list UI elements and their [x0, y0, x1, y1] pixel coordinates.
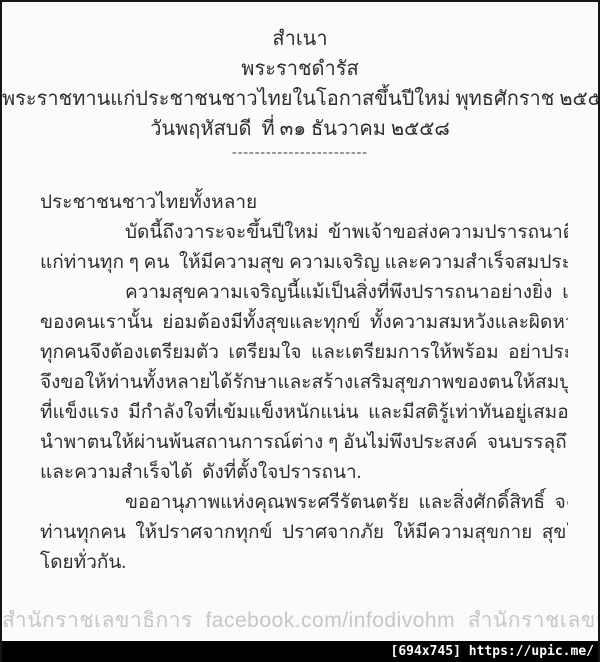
image-host-caption: [694x745] https://upic.me/	[0, 641, 600, 662]
document-line: ขออานุภาพแห่งคุณพระศรีรัตนตรัย และสิ่งศั…	[40, 488, 568, 518]
document-line: นำพาตนให้ผ่านพ้นสถานการณ์ต่าง ๆ อันไม่พึ…	[40, 428, 568, 458]
document-line: โดยทั่วกัน.	[40, 548, 568, 578]
document-date: วันพฤหัสบดี ที่ ๓๑ ธันวาคม ๒๕๕๘	[2, 114, 598, 144]
document-line: บัดนี้ถึงวาระจะขึ้นปีใหม่ ข้าพเจ้าขอส่งค…	[40, 218, 568, 248]
document-line: ความสุขความเจริญนี้แม้เป็นสิ่งที่พึงปราร…	[40, 278, 568, 308]
document-subtitle: พระราชทานแก่ประชาชนชาวไทยในโอกาสขึ้นปีให…	[2, 84, 598, 114]
dashed-divider: ------------------------	[2, 144, 598, 164]
document-body: ประชาชนชาวไทยทั้งหลาย บัดนี้ถึงวาระจะขึ้…	[2, 188, 598, 578]
salutation-line: ประชาชนชาวไทยทั้งหลาย	[40, 188, 568, 218]
document-line: จึงขอให้ท่านทั้งหลายได้รักษาและสร้างเสริ…	[40, 368, 568, 398]
document-title: พระราชดำรัส	[2, 54, 598, 84]
scanned-document-page: สำเนา พระราชดำรัส พระราชทานแก่ประชาชนชาว…	[0, 0, 600, 662]
document-line: ทุกคนจึงต้องเตรียมตัว เตรียมใจ และเตรียม…	[40, 338, 568, 368]
document-line: และความสำเร็จได้ ดังที่ตั้งใจปรารถนา.	[40, 458, 568, 488]
document-line: แก่ท่านทุก ๆ คน ให้มีความสุข ความเจริญ แ…	[40, 248, 568, 278]
document-header: สำเนา พระราชดำรัส พระราชทานแก่ประชาชนชาว…	[2, 2, 598, 164]
agency-watermark: สำนักราชเลขาธิการ facebook.com/infodivoh…	[2, 604, 598, 637]
document-line: ของคนเรานั้น ย่อมต้องมีทั้งสุขและทุกข์ ท…	[40, 308, 568, 338]
document-line: ที่แข็งแรง มีกำลังใจที่เข้มแข็งหนักแน่น …	[40, 398, 568, 428]
document-line: ท่านทุกคน ให้ปราศจากทุกข์ ปราศจากภัย ให้…	[40, 518, 568, 548]
copy-label: สำเนา	[2, 24, 598, 54]
